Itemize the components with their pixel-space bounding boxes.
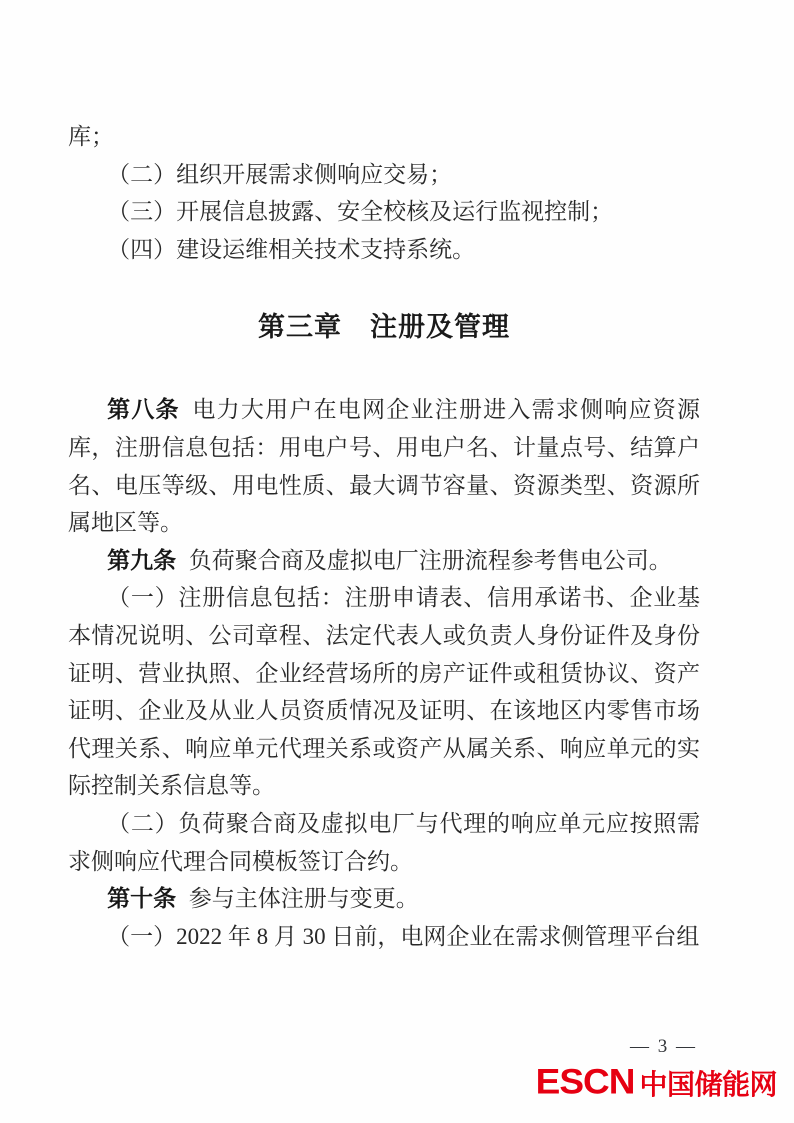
article-10-item-1: （一）2022 年 8 月 30 日前，电网企业在需求侧管理平台组 [68, 918, 700, 956]
article-9-label: 第九条 [107, 547, 176, 573]
article-9-text: 负荷聚合商及虚拟电厂注册流程参考售电公司。 [189, 548, 672, 573]
article-9-item-1: （一）注册信息包括：注册申请表、信用承诺书、企业基本情况说明、公司章程、法定代表… [68, 579, 700, 805]
list-item-2: （二）组织开展需求侧响应交易； [68, 156, 700, 194]
article-8-label: 第八条 [107, 396, 180, 422]
escn-logo-chinese-text: 中国储能网 [639, 1071, 777, 1099]
escn-logo: ESCN 中国储能网 [536, 1063, 777, 1100]
paragraph-continuation: 库； [68, 118, 700, 156]
article-9-item-2: （二）负荷聚合商及虚拟电厂与代理的响应单元应按照需求侧响应代理合同模板签订合约。 [68, 805, 700, 880]
list-item-4: （四）建设运维相关技术支持系统。 [68, 231, 700, 269]
page-number: — 3 — [630, 1034, 697, 1060]
list-item-3: （三）开展信息披露、安全校核及运行监视控制； [68, 193, 700, 231]
chapter-heading: 第三章 注册及管理 [68, 308, 700, 346]
document-page: 库； （二）组织开展需求侧响应交易； （三）开展信息披露、安全校核及运行监视控制… [0, 0, 794, 1123]
document-body: 库； （二）组织开展需求侧响应交易； （三）开展信息披露、安全校核及运行监视控制… [68, 118, 700, 955]
article-9-paragraph: 第九条负荷聚合商及虚拟电厂注册流程参考售电公司。 [68, 542, 700, 580]
article-10-text: 参与主体注册与变更。 [189, 886, 419, 911]
article-10-paragraph: 第十条参与主体注册与变更。 [68, 880, 700, 918]
escn-logo-latin-text: ESCN [536, 1064, 635, 1100]
article-8-paragraph: 第八条电力大用户在电网企业注册进入需求侧响应资源库，注册信息包括：用电户号、用电… [68, 391, 700, 541]
article-10-label: 第十条 [107, 885, 176, 911]
